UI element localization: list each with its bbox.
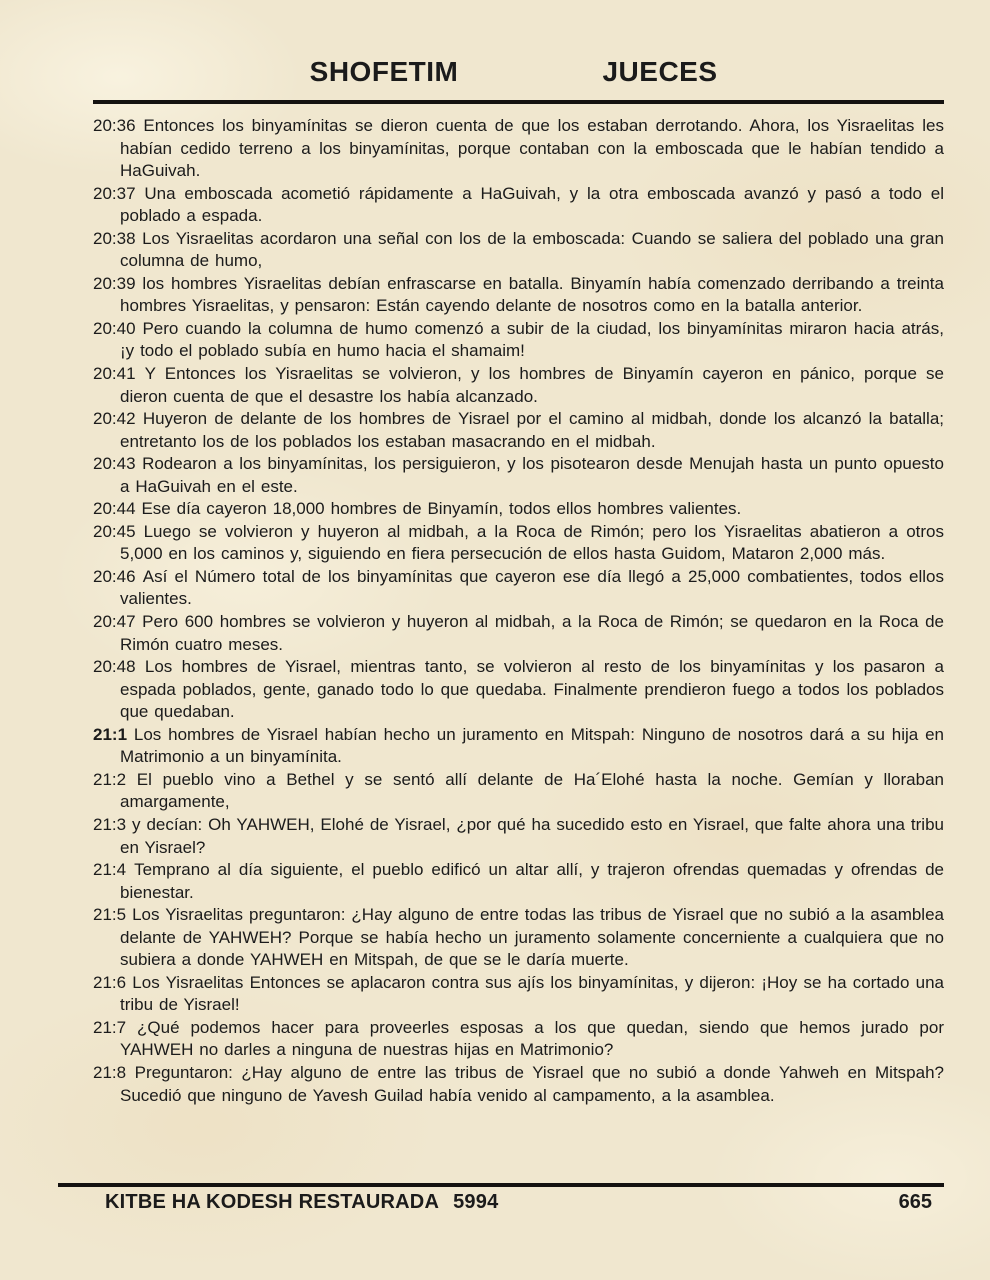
verse-ref: 20:48 <box>93 657 136 676</box>
book-title: KITBE HA KODESH RESTAURADA <box>105 1191 439 1213</box>
verse: 20:43 Rodearon a los binyamínitas, los p… <box>93 453 944 498</box>
verse: 20:39 los hombres Yisraelitas debían enf… <box>93 273 944 318</box>
verse-ref: 20:41 <box>93 364 136 383</box>
verse-ref: 20:39 <box>93 274 136 293</box>
verse: 20:41 Y Entonces los Yisraelitas se volv… <box>93 363 944 408</box>
verse-text: Rodearon a los binyamínitas, los persigu… <box>120 454 944 496</box>
verse-ref: 21:5 <box>93 905 126 924</box>
verse-text: Los Yisraelitas Entonces se aplacaron co… <box>120 973 944 1015</box>
verse: 20:42 Huyeron de delante de los hombres … <box>93 408 944 453</box>
page-title-hebrew: SHOFETIM <box>310 56 459 88</box>
verse-text: Los hombres de Yisrael habían hecho un j… <box>120 725 944 767</box>
verse-text: Entonces los binyamínitas se dieron cuen… <box>120 116 944 180</box>
header-rule <box>93 100 944 104</box>
verse: 21:2 El pueblo vino a Bethel y se sentó … <box>93 769 944 814</box>
verse: 20:46 Así el Número total de los binyamí… <box>93 566 944 611</box>
verse-text: Los hombres de Yisrael, mientras tanto, … <box>120 657 944 721</box>
verse-ref: 20:40 <box>93 319 136 338</box>
verse-text: y decían: Oh YAHWEH, Elohé de Yisrael, ¿… <box>120 815 944 857</box>
verse-ref: 21:7 <box>93 1018 126 1037</box>
verse: 21:8 Preguntaron: ¿Hay alguno de entre l… <box>93 1062 944 1107</box>
verse: 21:1 Los hombres de Yisrael habían hecho… <box>93 724 944 769</box>
verse-ref: 20:37 <box>93 184 136 203</box>
verse: 21:3 y decían: Oh YAHWEH, Elohé de Yisra… <box>93 814 944 859</box>
verse-ref: 20:47 <box>93 612 136 631</box>
verse-text: Los Yisraelitas acordaron una señal con … <box>120 229 944 271</box>
verse-text: El pueblo vino a Bethel y se sentó allí … <box>120 770 944 812</box>
footer-rule <box>58 1183 944 1187</box>
page-number: 665 <box>899 1191 944 1214</box>
verse-ref: 21:2 <box>93 770 126 789</box>
verse-ref: 21:3 <box>93 815 126 834</box>
verse-text: Huyeron de delante de los hombres de Yis… <box>120 409 944 451</box>
verse-list: 20:36 Entonces los binyamínitas se diero… <box>93 115 944 1107</box>
verse-ref: 21:6 <box>93 973 126 992</box>
verse: 21:4 Temprano al día siguiente, el puebl… <box>93 859 944 904</box>
scripture-page: SHOFETIM JUECES 20:36 Entonces los binya… <box>0 0 990 1280</box>
verse: 21:7 ¿Qué podemos hacer para proveerles … <box>93 1017 944 1062</box>
verse-ref: 20:45 <box>93 522 136 541</box>
verse-text: Y Entonces los Yisraelitas se volvieron,… <box>120 364 944 406</box>
verse: 20:40 Pero cuando la columna de humo com… <box>93 318 944 363</box>
verse-ref: 21:1 <box>93 725 127 744</box>
verse-text: Pero cuando la columna de humo comenzó a… <box>120 319 944 361</box>
verse-text: Ese día cayeron 18,000 hombres de Binyam… <box>136 499 742 518</box>
verse-ref: 21:4 <box>93 860 126 879</box>
verse-text: ¿Qué podemos hacer para proveerles espos… <box>120 1018 944 1060</box>
verse: 20:48 Los hombres de Yisrael, mientras t… <box>93 656 944 724</box>
verse-text: Los Yisraelitas preguntaron: ¿Hay alguno… <box>120 905 944 969</box>
verse-text: Así el Número total de los binyamínitas … <box>120 567 944 609</box>
page-footer: KITBE HA KODESH RESTAURADA5994 665 <box>58 1191 944 1214</box>
verse-text: Preguntaron: ¿Hay alguno de entre las tr… <box>120 1063 944 1105</box>
verse: 20:44 Ese día cayeron 18,000 hombres de … <box>93 498 944 521</box>
verse-ref: 20:44 <box>93 499 136 518</box>
footer-year: 5994 <box>453 1191 498 1213</box>
verse-text: Temprano al día siguiente, el pueblo edi… <box>120 860 944 902</box>
verse-ref: 20:42 <box>93 409 136 428</box>
verse: 20:45 Luego se volvieron y huyeron al mi… <box>93 521 944 566</box>
verse-ref: 20:36 <box>93 116 136 135</box>
verse-ref: 20:46 <box>93 567 136 586</box>
verse: 21:5 Los Yisraelitas preguntaron: ¿Hay a… <box>93 904 944 972</box>
page-title-spanish: JUECES <box>602 56 717 88</box>
verse-ref: 20:38 <box>93 229 136 248</box>
verse-text: Una emboscada acometió rápidamente a HaG… <box>120 184 944 226</box>
verse: 20:47 Pero 600 hombres se volvieron y hu… <box>93 611 944 656</box>
verse: 21:6 Los Yisraelitas Entonces se aplacar… <box>93 972 944 1017</box>
verse-ref: 21:8 <box>93 1063 126 1082</box>
verse: 20:38 Los Yisraelitas acordaron una seña… <box>93 228 944 273</box>
verse-text: los hombres Yisraelitas debían enfrascar… <box>120 274 944 316</box>
verse: 20:37 Una emboscada acometió rápidamente… <box>93 183 944 228</box>
footer-book-title: KITBE HA KODESH RESTAURADA5994 <box>58 1191 498 1214</box>
verse-text: Pero 600 hombres se volvieron y huyeron … <box>120 612 944 654</box>
verse-text: Luego se volvieron y huyeron al midbah, … <box>120 522 944 564</box>
verse-ref: 20:43 <box>93 454 136 473</box>
verse: 20:36 Entonces los binyamínitas se diero… <box>93 115 944 183</box>
